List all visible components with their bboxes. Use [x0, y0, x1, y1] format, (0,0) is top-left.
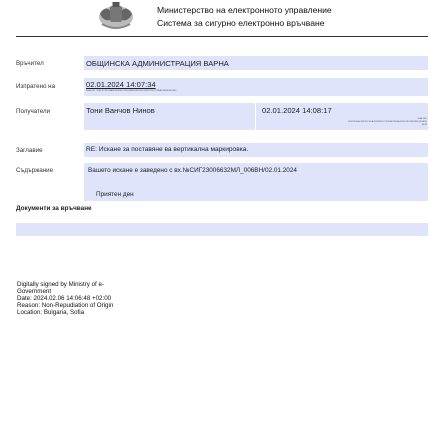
header-divider [16, 36, 428, 37]
signature-line-2: Government [17, 288, 113, 295]
content-line-2: Приятен ден [96, 191, 134, 198]
sender-label: Връчител [16, 60, 44, 67]
content-field: Вашето искане е заведено с вх.№СИГ230066… [84, 163, 428, 201]
subject-label: Заглавие [16, 147, 43, 154]
signature-line-4: Reason: Non-Repudiation of Origin [17, 302, 113, 309]
recipient-received-at: 02.01.2024 14:08:17 [262, 106, 332, 115]
coat-of-arms-icon [96, 0, 136, 30]
sent-on-value: 02.01.2024 14:07:34 [86, 80, 156, 89]
content-line-1: Вашето искане е заведено с вх.№СИГ230066… [88, 167, 297, 174]
recipient-name-field: Тони Ванчов Нинов [84, 103, 255, 130]
sent-on-hash: SHA-256: 7DBCFC39768A85258E0E1D56CA86608… [86, 90, 176, 92]
sender-field: ОБЩИНСКА АДМИНИСТРАЦИЯ ВАРНА [84, 56, 428, 70]
sent-on-field: 02.01.2024 14:07:34 SHA-256: 7DBCFC39768… [84, 78, 428, 96]
recipient-hash-label: SHA-256: [418, 118, 427, 120]
sent-on-label: Изпратено на [16, 83, 55, 90]
documents-heading: Документи за връчване [16, 205, 92, 212]
system-title: Система за сигурно електронно връчване [157, 18, 325, 28]
recipients-label: Получатели [16, 108, 50, 115]
organization-title: Министерство на електронното управление [157, 5, 332, 15]
signature-line-3: Date: 2024.02.06 14:06:48 +02:00 [17, 295, 113, 302]
subject-value: RE: Искане за поставяне ва вертикална ма… [86, 146, 248, 153]
sender-value: ОБЩИНСКА АДМИНИСТРАЦИЯ ВАРНА [86, 59, 229, 68]
recipient-hash-tail: 0E18 [422, 124, 427, 126]
recipient-hash: CE919D6800D2F52C4DA7643B920C219DBE7A16E4… [348, 121, 427, 123]
signature-line-1: Digitally signed by Ministry of e- [17, 281, 113, 288]
recipient-name: Тони Ванчов Нинов [86, 106, 155, 115]
signature-line-5: Location: Bulgaria, Sofia [17, 309, 113, 316]
content-label: Съдържание [16, 167, 53, 174]
subject-field: RE: Искане за поставяне ва вертикална ма… [84, 143, 428, 157]
recipient-received-field: 02.01.2024 14:08:17 SHA-256: CE919D6800D… [256, 103, 428, 130]
documents-list [16, 223, 428, 236]
digital-signature: Digitally signed by Ministry of e- Gover… [17, 281, 113, 316]
